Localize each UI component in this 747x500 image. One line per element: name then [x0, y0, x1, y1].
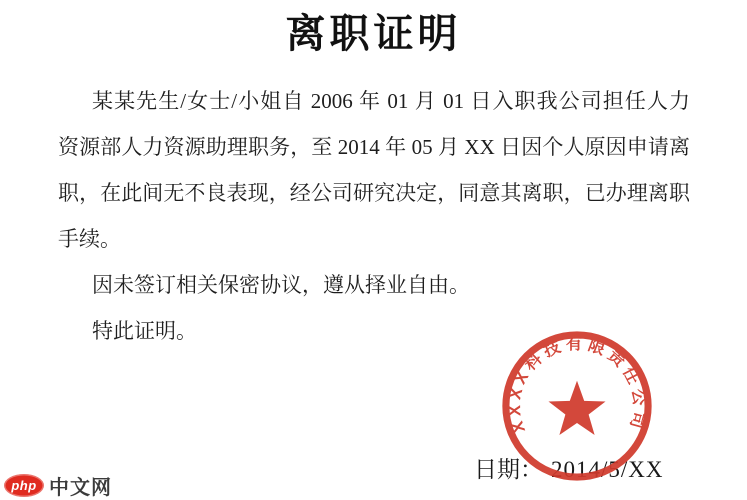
body-line: 资源部人力资源助理职务，至 2014 年 05 月 XX 日因个人原因申请离: [58, 124, 690, 170]
date-line: 日期：2014/5/XX: [474, 455, 664, 485]
certificate-body: 某某先生/女士/小姐自 2006 年 01 月 01 日入职我公司担任人力 资源…: [58, 78, 690, 354]
body-line: 特此证明。: [58, 308, 690, 354]
stamp-star-icon: [548, 381, 605, 435]
document-page: 离职证明 某某先生/女士/小姐自 2006 年 01 月 01 日入职我公司担任…: [0, 0, 747, 500]
body-line: 手续。: [58, 216, 690, 262]
php-watermark: php 中文网: [4, 471, 112, 500]
certificate-title: 离职证明: [0, 10, 747, 58]
date-label: 日期：: [474, 457, 543, 482]
php-logo-badge: php: [4, 474, 44, 497]
date-value: 2014/5/XX: [551, 457, 664, 482]
body-line: 某某先生/女士/小姐自 2006 年 01 月 01 日入职我公司担任人力: [58, 78, 690, 124]
site-name-text: 中文网: [49, 471, 112, 500]
body-line: 因未签订相关保密协议，遵从择业自由。: [58, 262, 690, 308]
body-line: 职，在此间无不良表现，经公司研究决定，同意其离职，已办理离职: [58, 170, 690, 216]
